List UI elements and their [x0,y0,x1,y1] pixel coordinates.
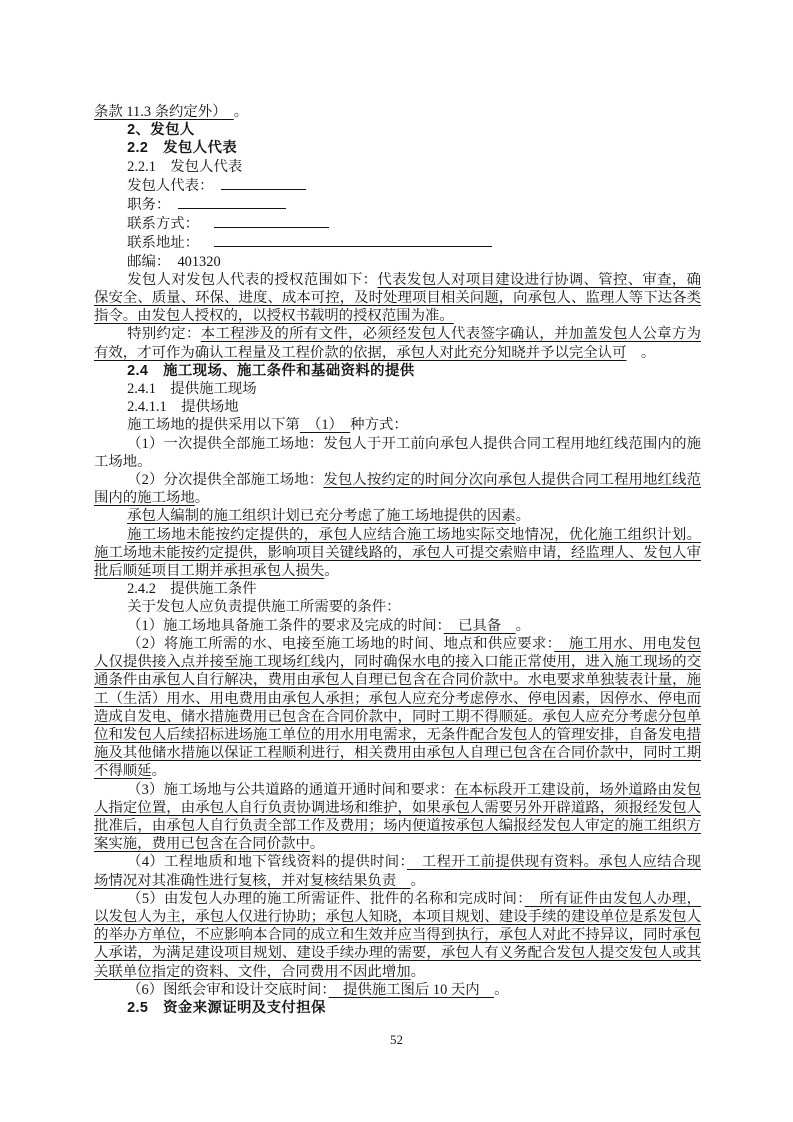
filled-in-text: 已具备 [444,618,516,634]
paragraph: 特别约定：本工程涉及的所有文件，必须经发包人代表签字确认，并加盖发包人公章方为有… [94,325,701,361]
static-text: 。 [411,873,425,889]
paragraph: （3）施工场地与公共道路的通道开通时间和要求：在本标段开工建设前，场外道路由发包… [94,781,701,854]
static-text: 。 [494,982,508,998]
static-text: 种方式： [350,417,408,433]
paragraph: 关于发包人应负责提供施工所需要的条件： [94,598,701,616]
static-text: 2.4.2 提供施工条件 [127,581,257,597]
paragraph: 施工场地的提供采用以下第 （1） 种方式： [94,416,701,434]
paragraph: 邮编： 401320 [94,253,701,271]
paragraph: （2）将施工所需的水、电接至施工场地的时间、地点和供应要求： 施工用水、用电发包… [94,635,701,781]
section-heading: 2.2 发包人代表 [94,139,701,157]
static-text: 2.2 发包人代表 [127,140,237,156]
static-text: 2.4 施工现场、施工条件和基础资料的提供 [127,363,414,379]
document-body: 条款 11.3 条约定外） 。2、发包人2.2 发包人代表2.2.1 发包人代表… [94,103,701,1017]
blank-underline-field [221,176,306,190]
static-text: （6）图纸会审和设计交底时间： [127,982,328,998]
static-text: （2）分次提供全部施工场地： [127,472,323,488]
section-heading: 2、发包人 [94,121,701,139]
paragraph: （1）一次提供全部施工场地：发包人于开工前向承包人提供合同工程用地红线范围内的施… [94,435,701,471]
static-text: （2）将施工所需的水、电接至施工场地的时间、地点和供应要求： [127,636,554,652]
paragraph: 2.4.1 提供施工现场 [94,380,701,398]
section-heading: 2.4 施工现场、施工条件和基础资料的提供 [94,362,701,380]
static-text: 2、发包人 [127,122,195,138]
static-text: 。 [195,490,209,506]
paragraph: （1）施工场地具备施工条件的要求及完成的时间： 已具备 。 [94,617,701,635]
static-text: 。 [152,763,166,779]
paragraph: 发包人代表： [94,176,701,195]
static-text: 2.2.1 发包人代表 [127,159,242,175]
page-number: 52 [0,1032,793,1048]
static-text: （1）施工场地具备施工条件的要求及完成的时间： [127,618,444,634]
static-text: 联系地址： [127,235,206,251]
static-text: （3）施工场地与公共道路的通道开通时间和要求： [127,782,454,798]
paragraph: 2.2.1 发包人代表 [94,158,701,176]
static-text: 。 [516,508,530,524]
static-text: 施工场地的提供采用以下第 [127,417,300,433]
static-text: 2.4.1 提供施工现场 [127,381,257,397]
paragraph: 2.4.2 提供施工条件 [94,580,701,598]
paragraph: 条款 11.3 条约定外） 。 [94,103,701,121]
paragraph: （5）由发包人办理的施工所需证件、批件的名称和完成时间： 所有证件由发包人办理，… [94,890,701,981]
paragraph: 联系地址： [94,233,701,252]
filled-in-text: 提供施工图后 10 天内 [329,982,495,998]
blank-underline-field [178,195,286,209]
filled-in-text: 条款 11.3 条约定外） [94,104,234,120]
filled-in-text: 承包人编制的施工组织计划已充分考虑了施工场地提供的因素 [127,508,516,524]
static-text: 关于发包人应负责提供施工所需要的条件： [127,599,400,615]
static-text: 发包人代表： [127,178,213,194]
paragraph: 联系方式： [94,214,701,233]
static-text: （4）工程地质和地下管线资料的提供时间： [127,854,407,870]
blank-underline-field [214,214,329,228]
static-text: 2.4.1.1 提供场地 [127,399,239,415]
section-heading: 2.5 资金来源证明及支付担保 [94,999,701,1017]
static-text: 。 [626,345,655,361]
paragraph: （2）分次提供全部施工场地：发包人按约定的时间分次向承包人提供合同工程用地红线范… [94,471,701,507]
filled-in-text: 施工场地未能按约定提供的，承包人应结合施工场地实际交地情况，优化施工组织计划。施… [94,527,701,579]
paragraph: （4）工程地质和地下管线资料的提供时间： 工程开工前提供现有资料。承包人应结合现… [94,853,701,889]
filled-in-text: （1） [300,417,350,433]
static-text: 邮编： 401320 [127,254,221,270]
paragraph: 职务： [94,195,701,214]
static-text: 。 [310,836,324,852]
paragraph: 施工场地未能按约定提供的，承包人应结合施工场地实际交地情况，优化施工组织计划。施… [94,526,701,581]
static-text: 联系方式： [127,216,206,232]
static-text: （5）由发包人办理的施工所需证件、批件的名称和完成时间： [127,891,525,907]
paragraph: 2.4.1.1 提供场地 [94,398,701,416]
static-text: 。 [324,563,338,579]
filled-in-text: 施工用水、用电发包人仅提供接入点并接至施工现场红线内，同时确保水电的接入口能正常… [94,636,701,779]
blank-underline-field [214,233,492,247]
paragraph: 发包人对发包人代表的授权范围如下：代表发包人对项目建设进行协调、管控、审查，确保… [94,271,701,326]
static-text: 特别约定： [127,326,201,342]
static-text: 。 [234,104,248,120]
static-text: 发包人对发包人代表的授权范围如下： [127,272,377,288]
static-text: （1）一次提供全部施工场地：发包人于开工前向承包人提供合同工程用地红线范围内的施… [94,436,701,470]
static-text: 。 [411,964,425,980]
static-text: 2.5 资金来源证明及支付担保 [127,1000,326,1016]
static-text: 。 [516,618,530,634]
paragraph: （6）图纸会审和设计交底时间： 提供施工图后 10 天内 。 [94,981,701,999]
paragraph: 承包人编制的施工组织计划已充分考虑了施工场地提供的因素。 [94,507,701,525]
static-text: 职务： [127,197,170,213]
document-page: 条款 11.3 条约定外） 。2、发包人2.2 发包人代表2.2.1 发包人代表… [0,0,793,1122]
